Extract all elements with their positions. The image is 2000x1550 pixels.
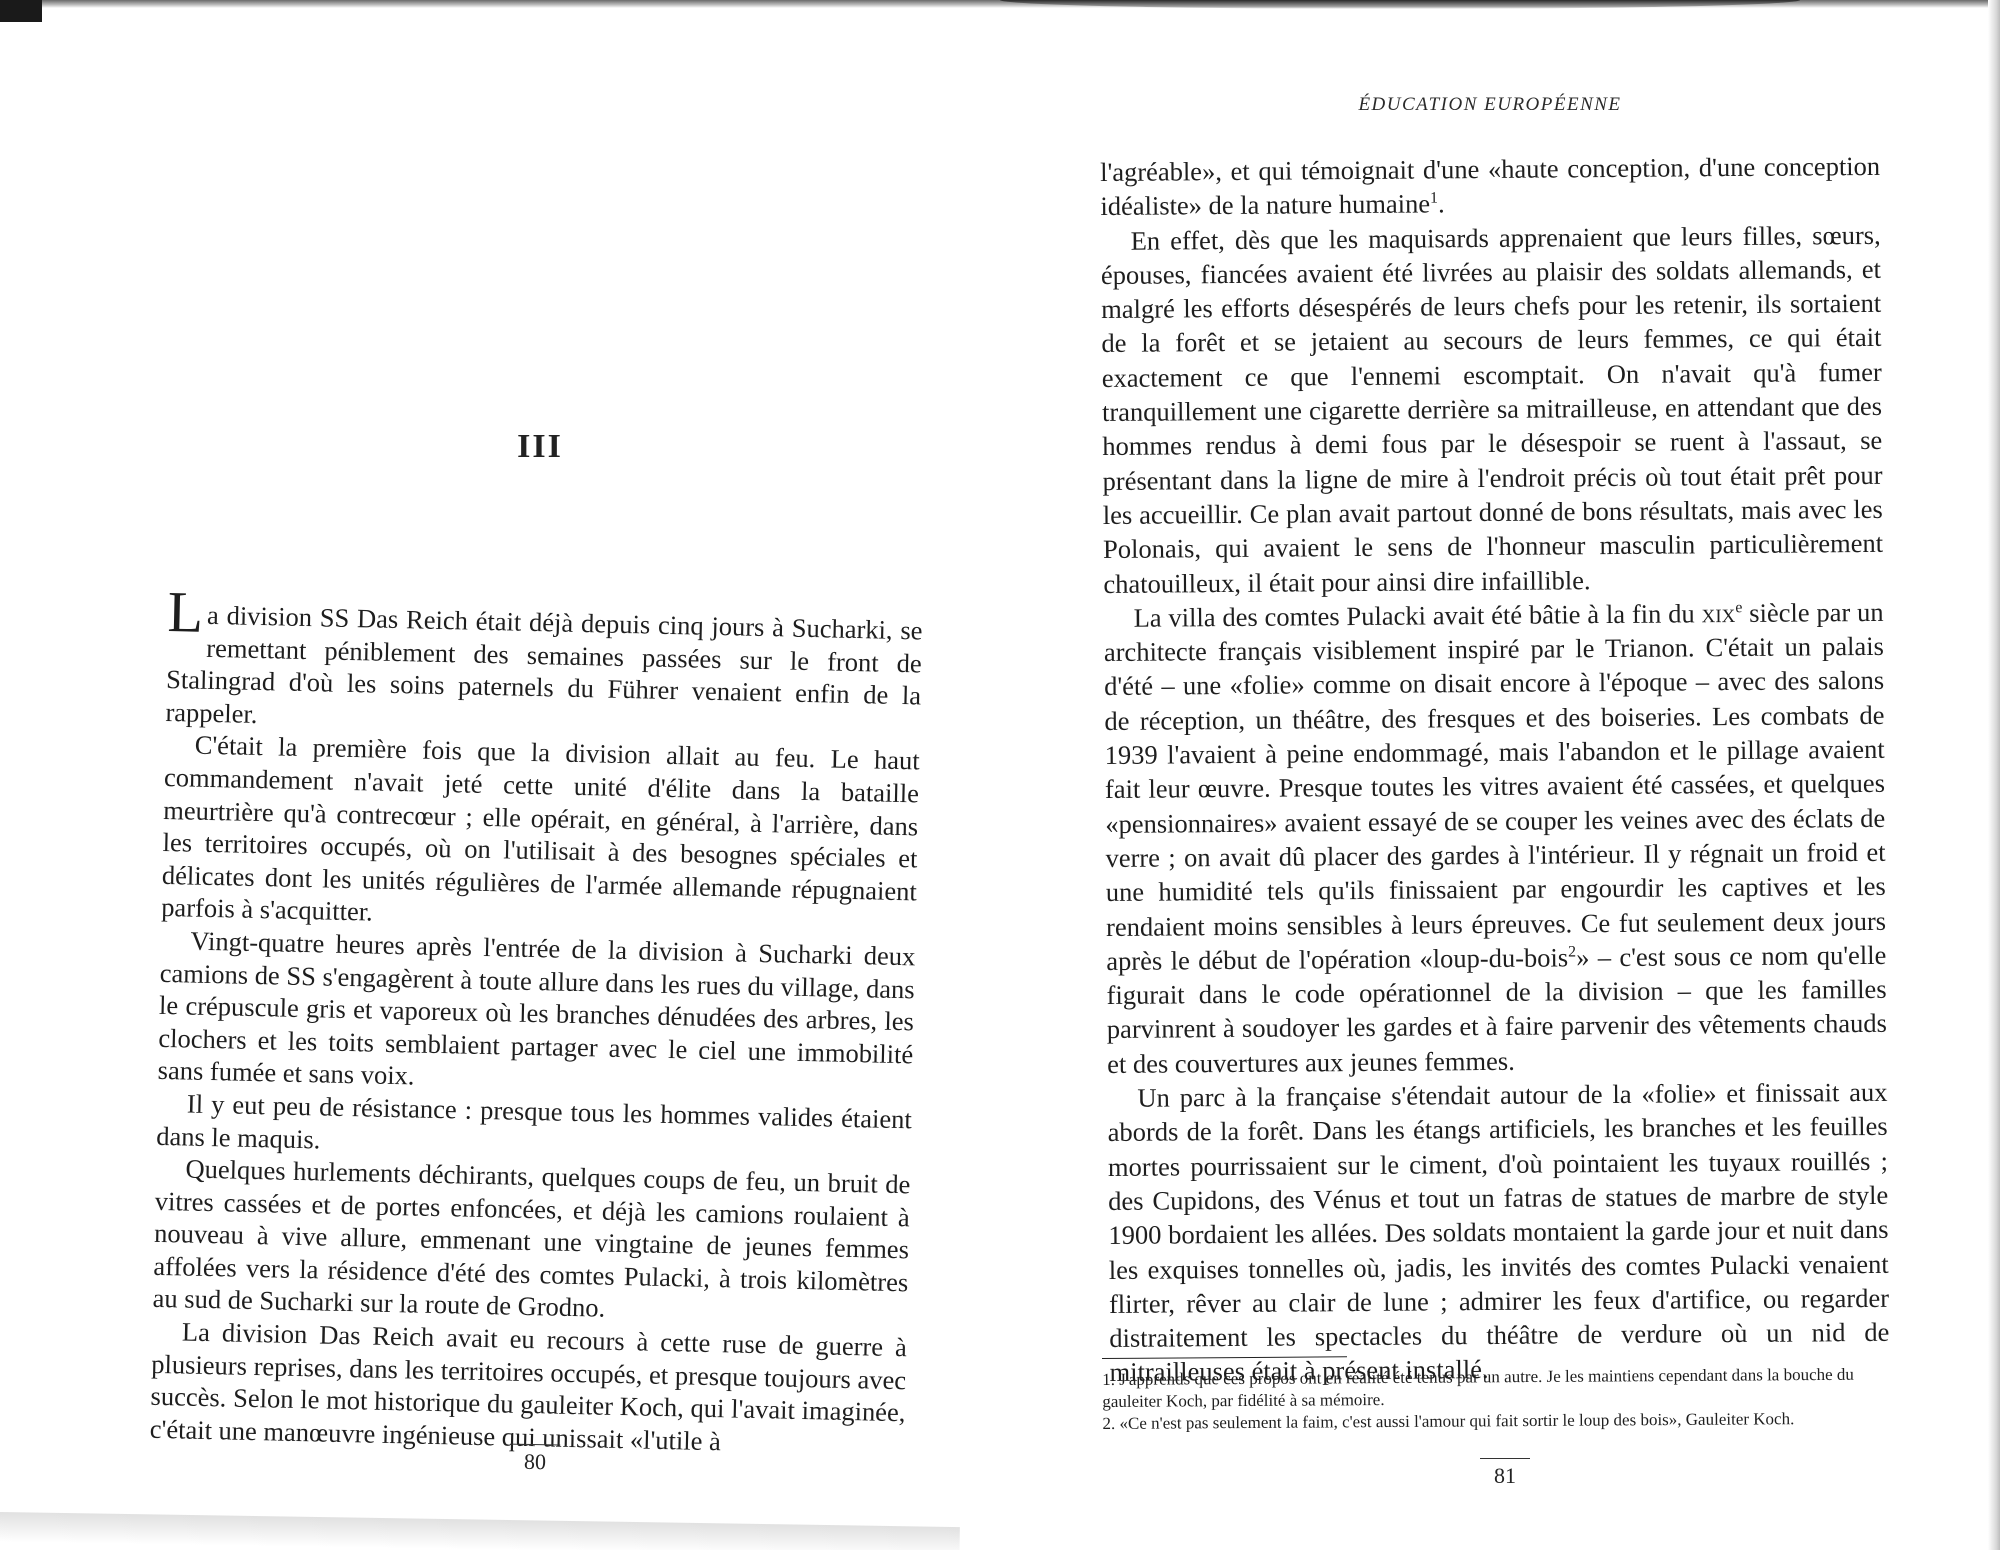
drop-cap: L bbox=[167, 592, 203, 633]
paragraph: En effet, dès que les maquisards apprena… bbox=[1101, 217, 1884, 600]
scan-corner-mark bbox=[0, 0, 42, 22]
paragraph: Un parc à la française s'étendait autour… bbox=[1107, 1075, 1889, 1390]
left-page: III La division SS Das Reich était déjà … bbox=[150, 0, 930, 1550]
page-number-left: 80 bbox=[475, 1443, 596, 1476]
century-numeral: xix bbox=[1701, 598, 1735, 628]
page-number-right: 81 bbox=[1445, 1458, 1565, 1489]
running-head: ÉDUCATION EUROPÉENNE bbox=[1100, 94, 1880, 116]
left-page-body: La division SS Das Reich était déjà depu… bbox=[150, 598, 923, 1462]
footnote-ref[interactable]: 1 bbox=[1430, 190, 1438, 207]
page-number-rule bbox=[1480, 1458, 1530, 1459]
right-page-body: l'agréable», et qui témoignait d'une «ha… bbox=[1100, 149, 1890, 1390]
chapter-numeral: III bbox=[150, 428, 930, 466]
paragraph: La villa des comtes Pulacki avait été bâ… bbox=[1104, 595, 1888, 1081]
right-page: ÉDUCATION EUROPÉENNE l'agréable», et qui… bbox=[1100, 0, 1900, 1550]
paragraph: l'agréable», et qui témoignait d'une «ha… bbox=[1100, 149, 1881, 224]
footnote-ref[interactable]: 2 bbox=[1568, 943, 1576, 960]
paragraph: La division SS Das Reich était déjà depu… bbox=[165, 598, 923, 745]
paragraph: La division Das Reich avait eu recours à… bbox=[150, 1315, 908, 1462]
book-right-edge bbox=[1988, 0, 2000, 1550]
footnotes: 1. J'apprends que ces propos ont en réal… bbox=[1102, 1353, 1883, 1435]
paragraph: C'était la première fois que la division… bbox=[161, 728, 920, 940]
footnote-1: 1. J'apprends que ces propos ont en réal… bbox=[1102, 1364, 1882, 1413]
page-number-rule bbox=[510, 1444, 560, 1446]
paragraph: Vingt-quatre heures après l'entrée de la… bbox=[157, 924, 915, 1103]
footnote-2: 2. «Ce n'est pas seulement la faim, c'es… bbox=[1102, 1408, 1882, 1435]
paragraph: Quelques hurlements déchirants, quelques… bbox=[152, 1152, 910, 1331]
